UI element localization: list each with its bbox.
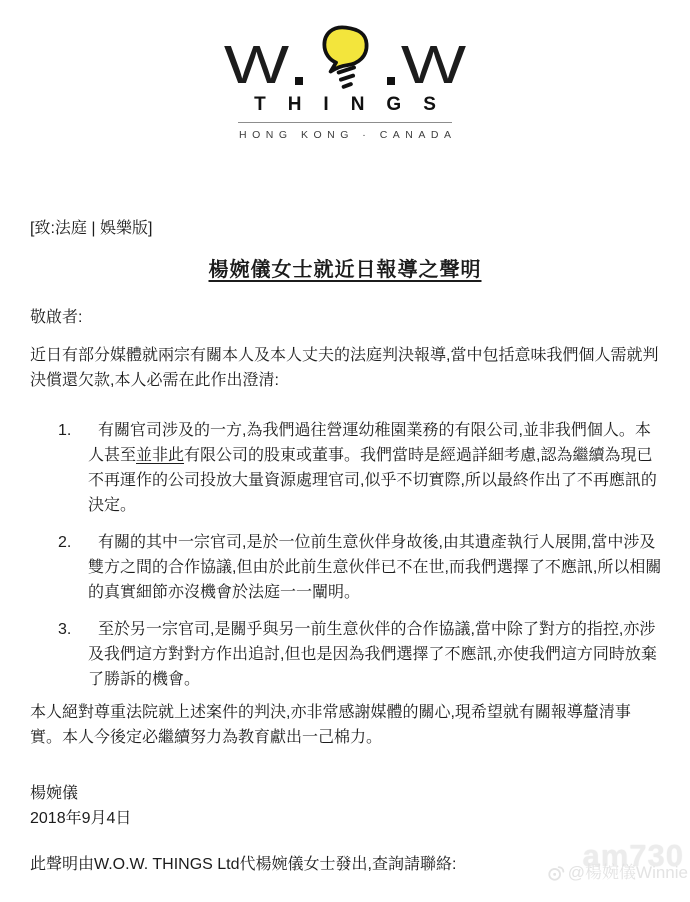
recipient-line: [致:法庭 | 娛樂版] (30, 216, 662, 241)
logo-letter-w-right: W (401, 42, 466, 88)
lightbulb-icon (318, 24, 372, 94)
list-item-text: 有關官司涉及的一方,為我們過往營運幼稚園業務的有限公司,並非我們個人。本人甚至並… (88, 418, 662, 518)
weibo-icon (547, 864, 565, 882)
list-item-text-segment: 有關的其中一宗官司,是於一位前生意伙伴身故後,由其遺產執行人展開,當中涉及雙方之… (88, 534, 661, 601)
watermark: am730 @楊婉儀Winnie (518, 841, 688, 884)
list-item-number: 3. (58, 617, 71, 642)
underlined-text: 並非此 (136, 447, 184, 464)
salutation: 敬啟者: (30, 305, 662, 330)
list-item-number: 1. (58, 418, 71, 443)
logo-wordmark: W W (0, 20, 690, 88)
company-logo: W W THINGS HONG KONG · CANADA (0, 20, 690, 141)
title-row: 楊婉儀女士就近日報導之聲明 (0, 256, 690, 284)
list-item: 1. 有關官司涉及的一方,為我們過往營運幼稚園業務的有限公司,並非我們個人。本人… (30, 418, 662, 518)
list-item-text: 至於另一宗官司,是關乎與另一前生意伙伴的合作協議,當中除了對方的指控,亦涉及我們… (88, 617, 662, 692)
list-item-number: 2. (58, 530, 71, 555)
list-item-text-segment: 至於另一宗官司,是關乎與另一前生意伙伴的合作協議,當中除了對方的指控,亦涉及我們… (88, 621, 657, 688)
period-dot (295, 77, 303, 85)
list-item: 2. 有關的其中一宗官司,是於一位前生意伙伴身故後,由其遺產執行人展開,當中涉及… (30, 530, 662, 605)
logo-name: THINGS (0, 94, 690, 116)
logo-letter-w-left: W (224, 42, 289, 88)
signature-date: 2018年9月4日 (30, 806, 662, 831)
intro-paragraph: 近日有部分媒體就兩宗有關本人及本人丈夫的法庭判決報導,當中包括意味我們個人需就判… (30, 343, 662, 393)
signature-name: 楊婉儀 (30, 781, 662, 806)
logo-tagline: HONG KONG · CANADA (0, 129, 690, 141)
statement-document: W W THINGS HONG KONG · CANADA [致:法庭 | 娛樂… (0, 0, 690, 902)
list-item-text: 有關的其中一宗官司,是於一位前生意伙伴身故後,由其遺產執行人展開,當中涉及雙方之… (88, 530, 662, 605)
page-title: 楊婉儀女士就近日報導之聲明 (209, 256, 482, 284)
period-dot (387, 77, 395, 85)
weibo-handle: @楊婉儀Winnie (568, 862, 688, 884)
closing-paragraph: 本人絕對尊重法院就上述案件的判決,亦非常感謝媒體的關心,現希望就有關報導釐清事實… (30, 700, 662, 750)
weibo-watermark: @楊婉儀Winnie (518, 862, 688, 884)
list-item: 3. 至於另一宗官司,是關乎與另一前生意伙伴的合作協議,當中除了對方的指控,亦涉… (30, 617, 662, 692)
logo-divider (238, 122, 452, 123)
